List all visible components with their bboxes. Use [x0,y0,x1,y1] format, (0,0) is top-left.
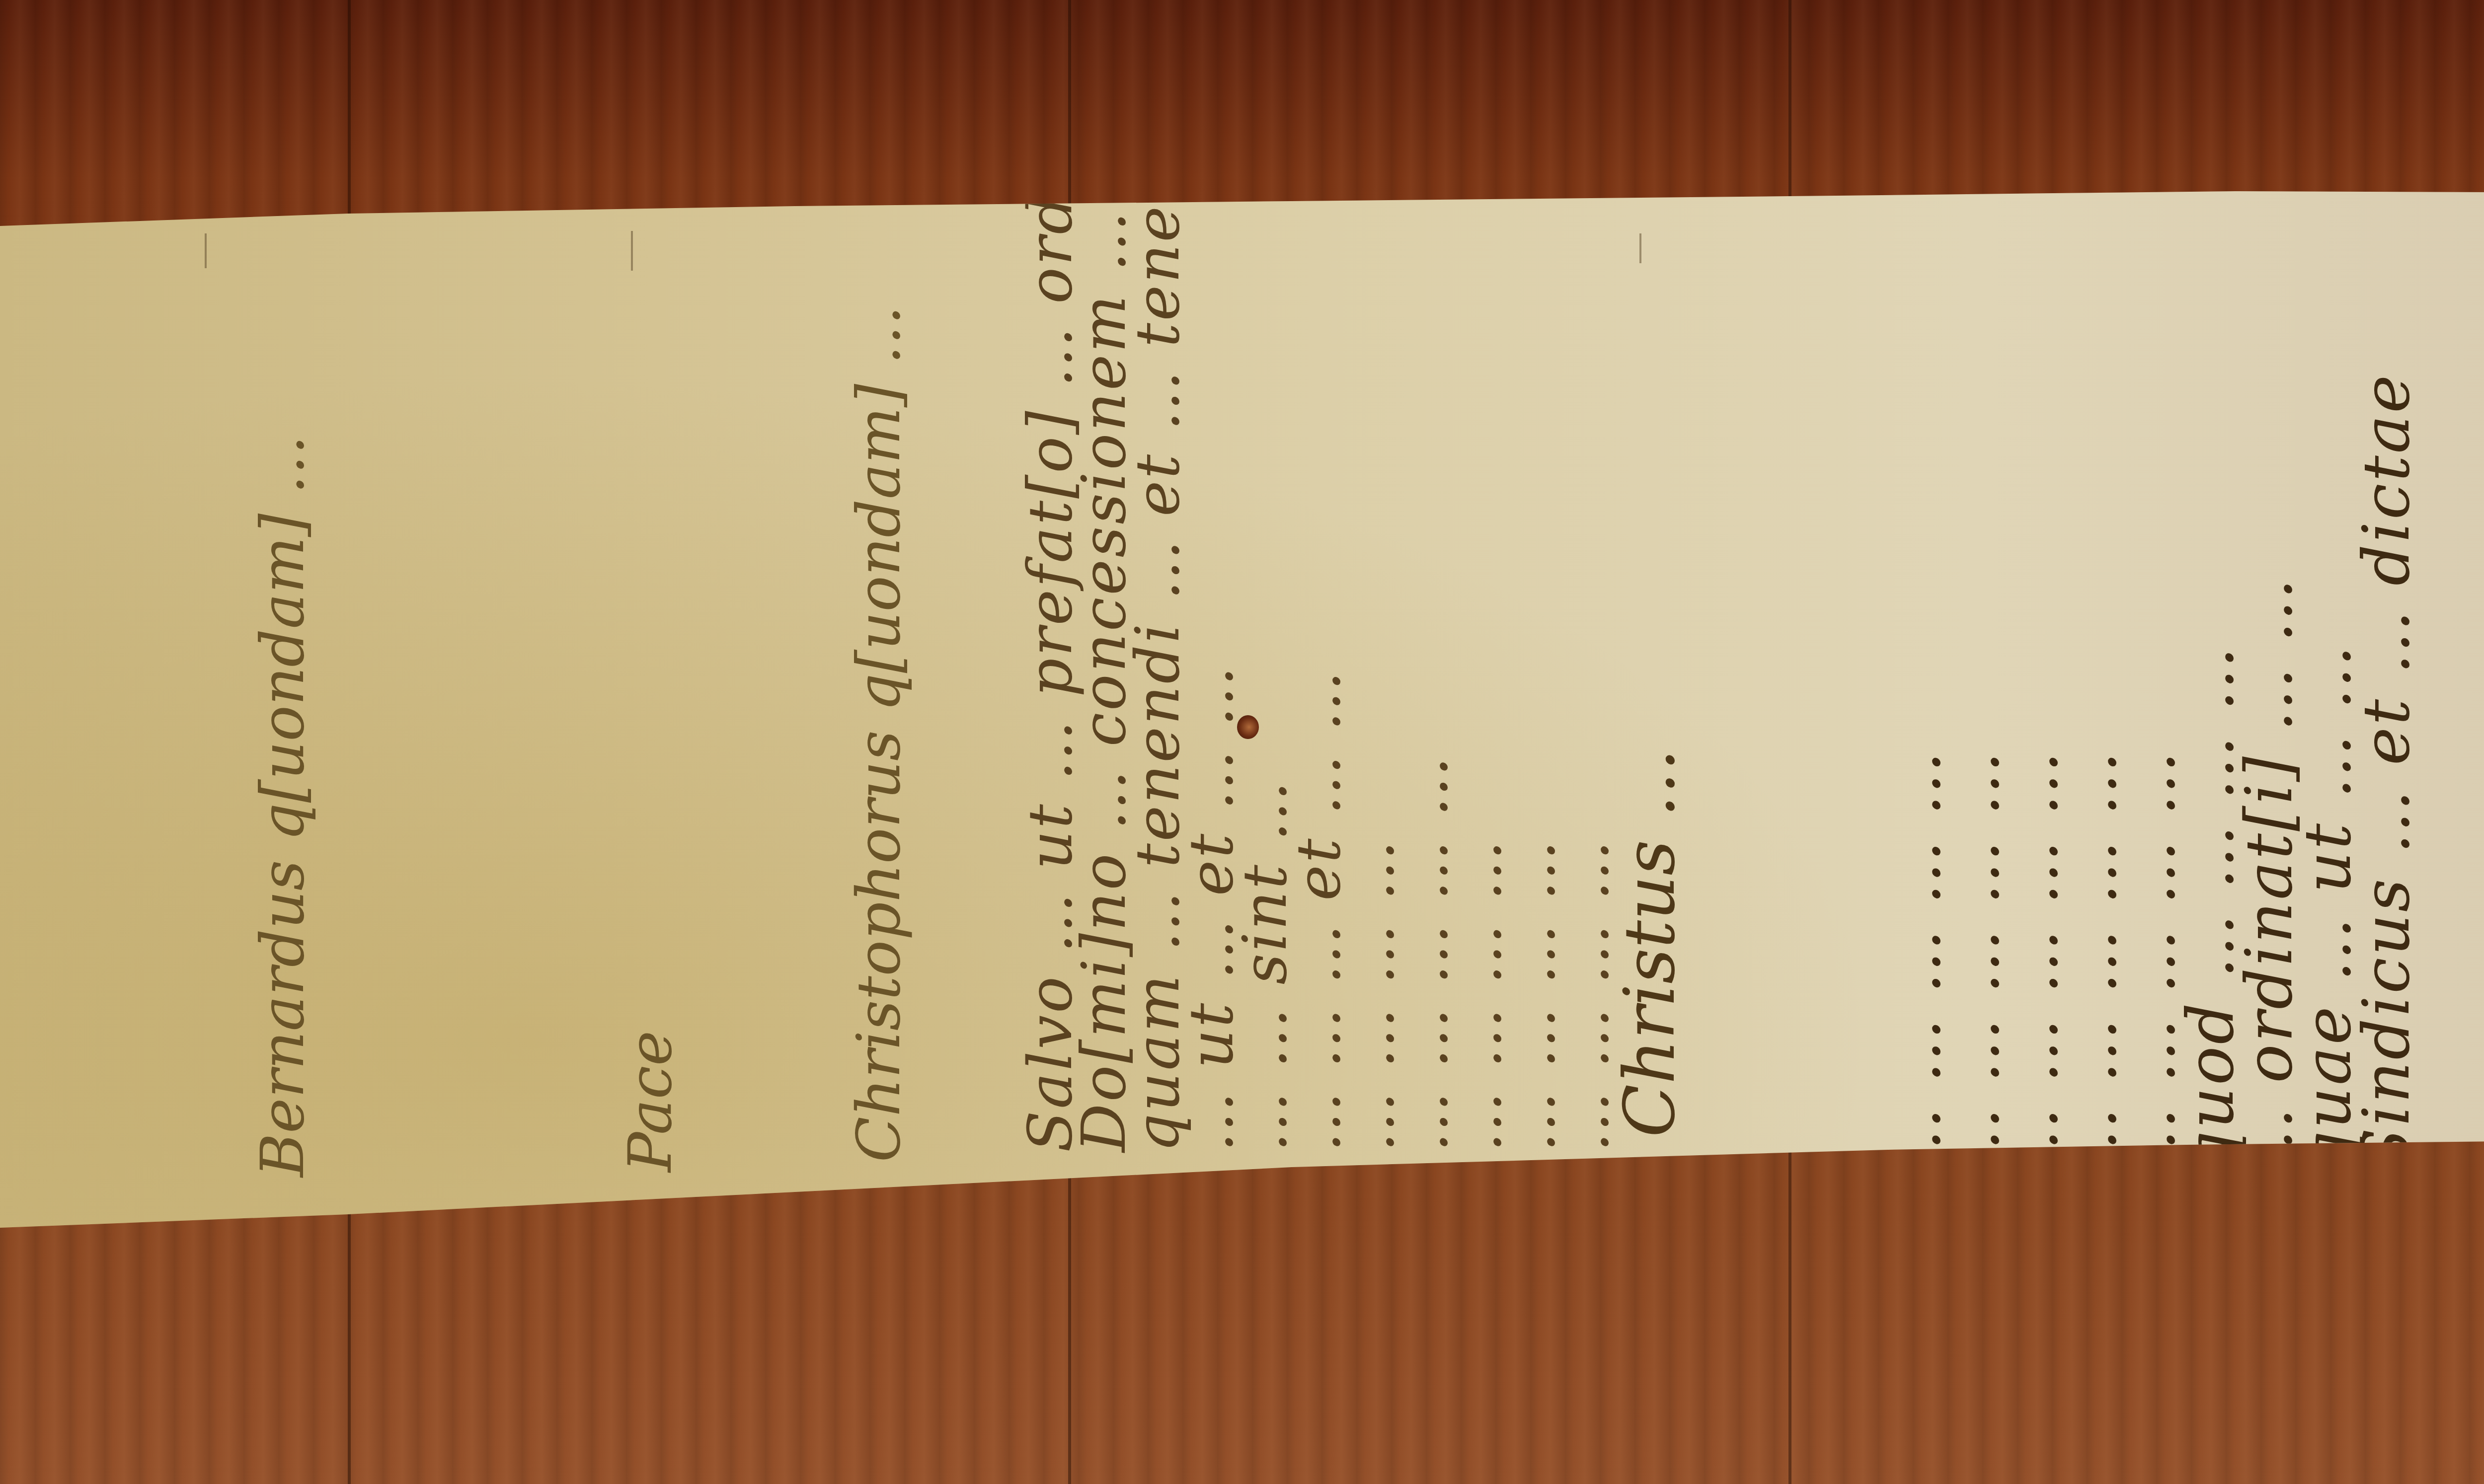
margin-tick [205,233,207,268]
margin-note-2: Pace [616,1031,685,1172]
right-text-block: … … … … … … … … … … … … … … … … … … … … … [1888,373,2415,1172]
margin-note-1: Bernardus q[uondam] … [248,435,317,1177]
margin-tick [631,231,633,271]
section-heading: Christus … [1610,748,1691,1137]
text-line: Sindicus … et … dictae [2357,373,2415,1172]
margin-tick [1639,233,1641,263]
margin-note-3: Christophorus q[uondam] … [845,305,914,1162]
